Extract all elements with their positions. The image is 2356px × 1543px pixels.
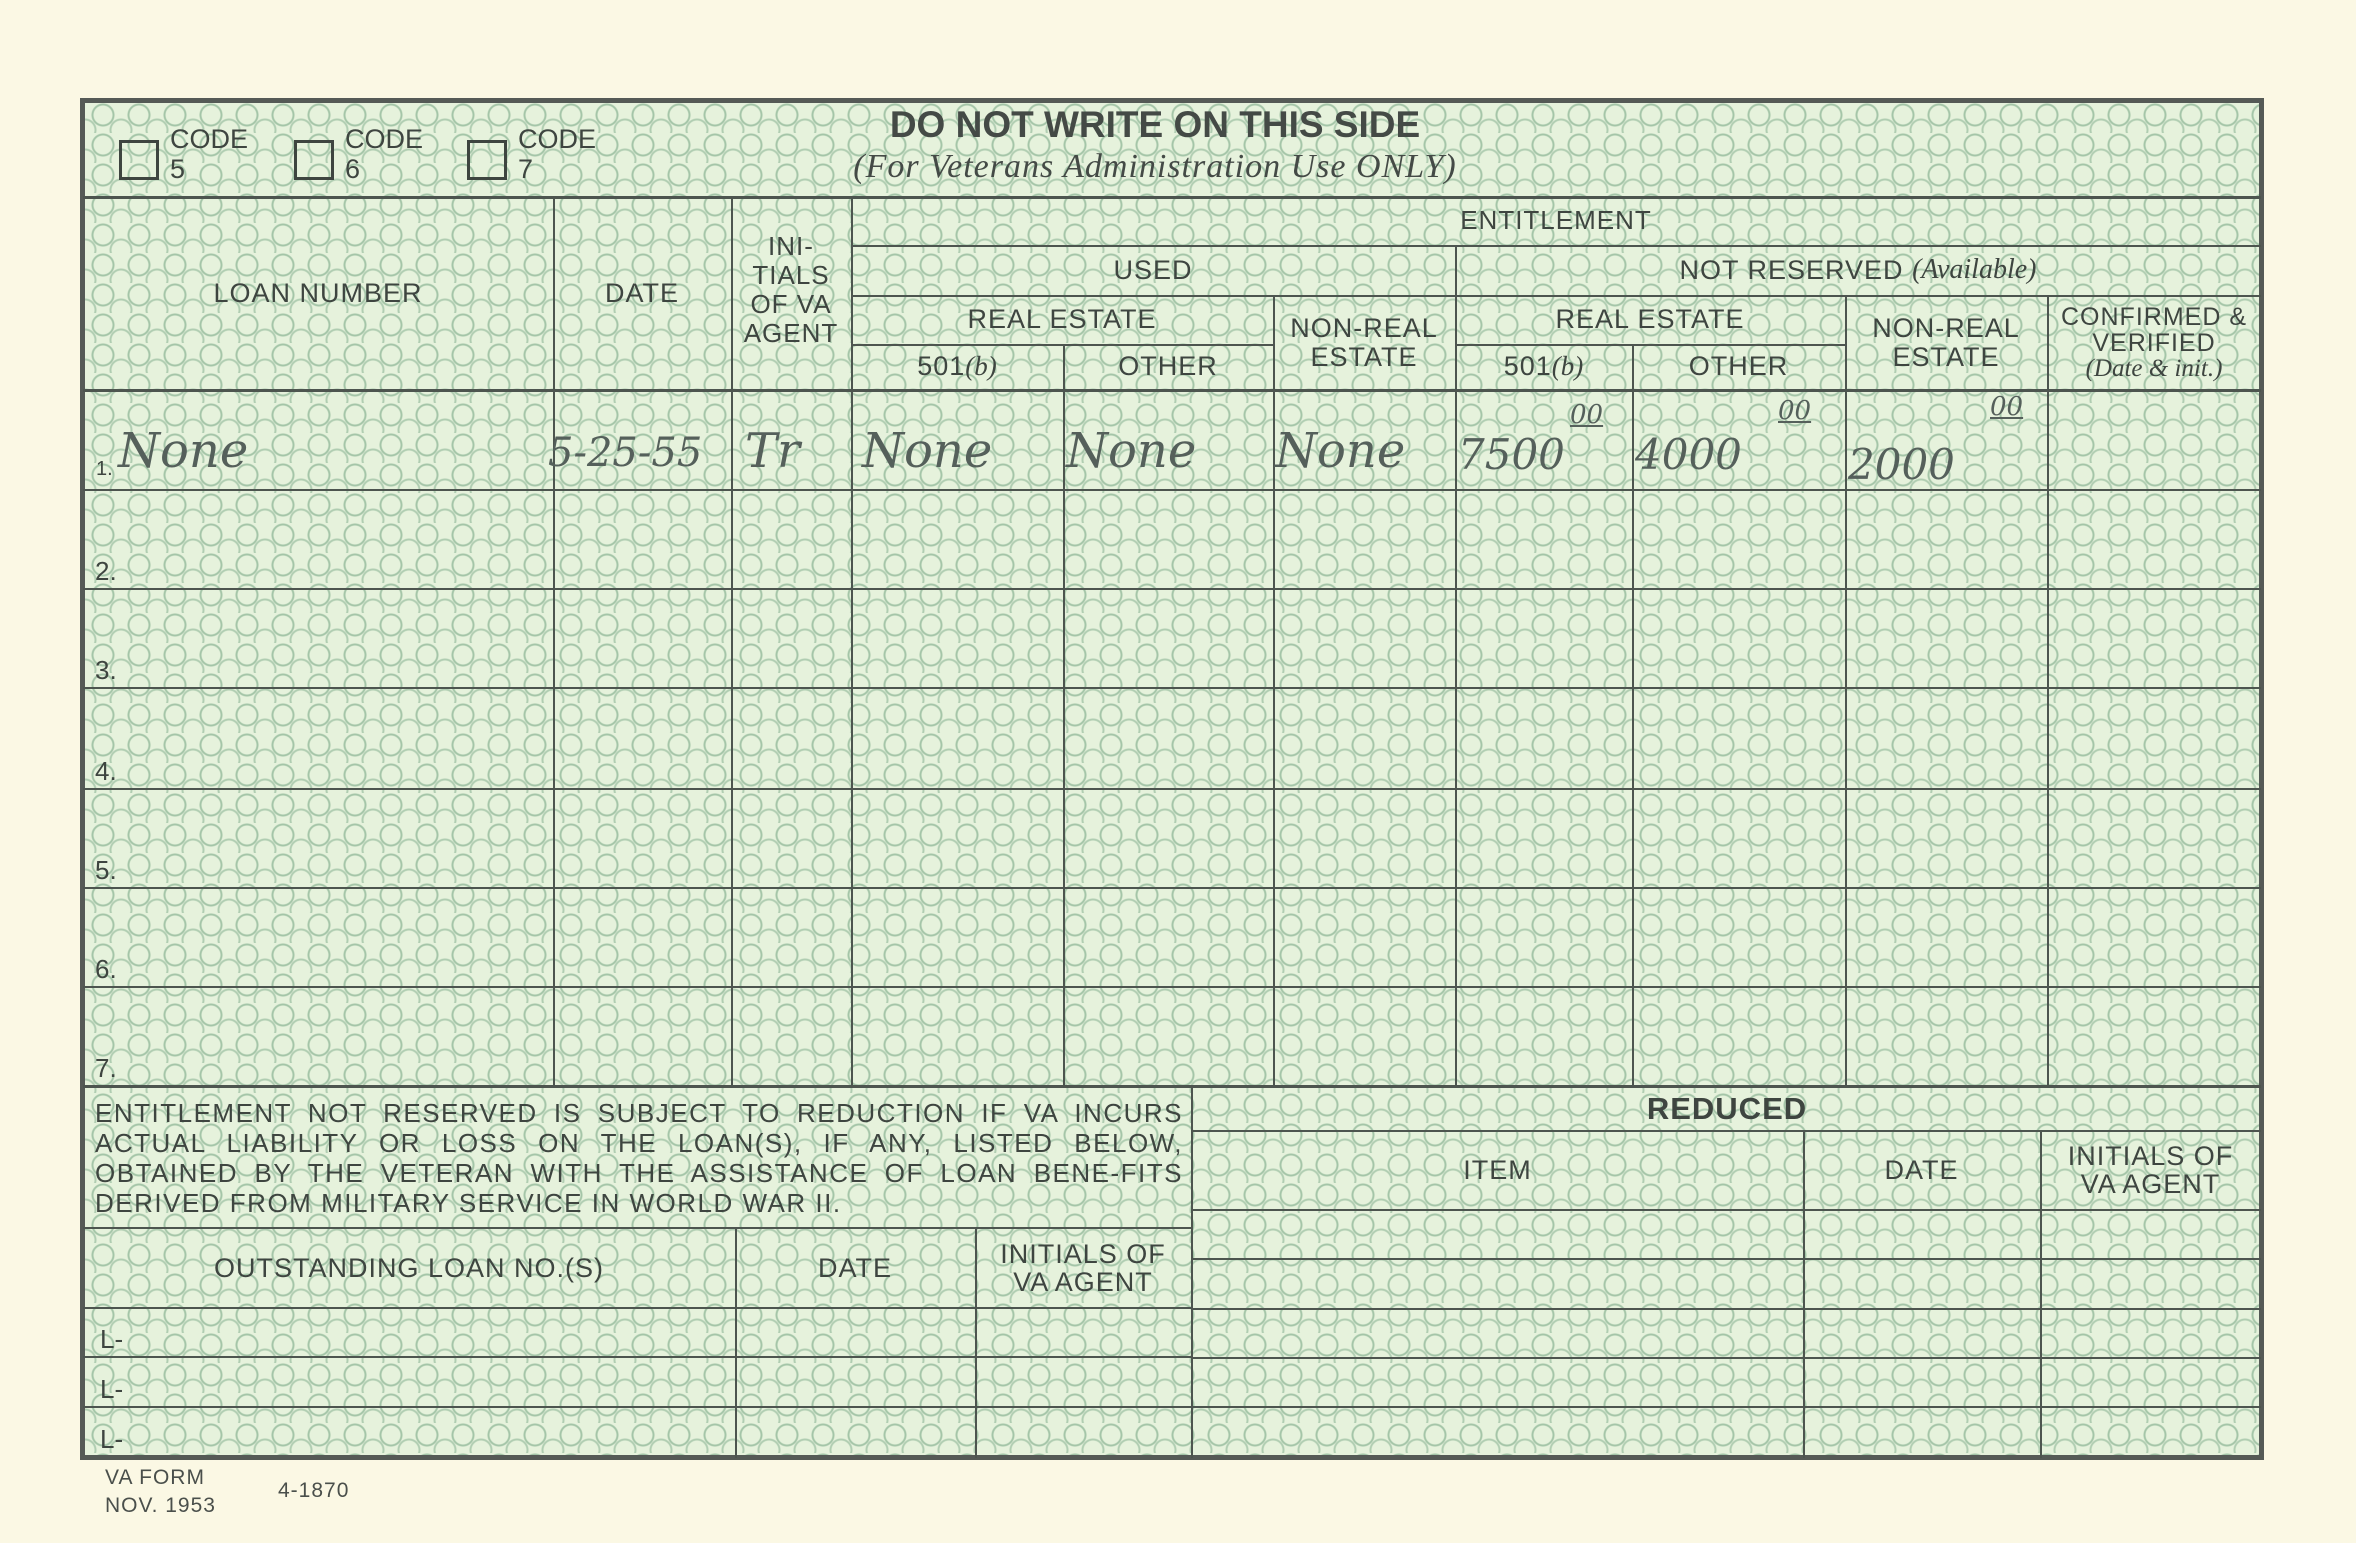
loan-prefix: L-: [100, 1324, 123, 1355]
col-header-used: USED: [851, 245, 1455, 295]
col-header-entitlement: ENTITLEMENT: [851, 197, 2261, 245]
code-7-checkbox[interactable]: [467, 140, 507, 180]
divider: [1632, 344, 1634, 1087]
col-header-outstanding-initials: INITIALS OF VA AGENT: [975, 1228, 1191, 1308]
col-header-used-501b: 501(b): [851, 344, 1063, 389]
row1-initials[interactable]: Tr: [745, 423, 800, 479]
divider: [1845, 295, 1847, 1087]
col-header-used-other: OTHER: [1063, 344, 1273, 389]
col-header-nr-501b: 501(b): [1455, 344, 1632, 389]
col-header-initials: INI- TIALS OF VA AGENT: [731, 210, 851, 370]
col-header-outstanding-date: DATE: [735, 1228, 975, 1308]
row1-loan-number[interactable]: None: [118, 423, 248, 479]
col-header-nr-real-estate: REAL ESTATE: [1455, 295, 1845, 344]
divider: [83, 687, 2261, 689]
divider: [83, 1356, 1191, 1358]
divider: [1063, 344, 1065, 1087]
row-number: 3.: [95, 655, 117, 686]
form-label: VA FORMNOV. 1953: [105, 1464, 216, 1520]
row1-nr-other[interactable]: 4000: [1635, 430, 1742, 479]
col-header-nr-non-real: NON-REAL ESTATE: [1845, 300, 2047, 385]
divider: [83, 389, 2261, 392]
code-5-checkbox[interactable]: [119, 140, 159, 180]
row1-nr-non-real[interactable]: 2000: [1848, 440, 1955, 489]
row-number: 1.: [96, 458, 113, 481]
divider: [83, 489, 2261, 491]
col-header-confirmed: CONFIRMED & VERIFIED (Date & init.): [2047, 297, 2261, 389]
row1-date[interactable]: 5-25-55: [548, 430, 702, 476]
col-header-reduced-item: ITEM: [1192, 1131, 1803, 1209]
col-header-outstanding-loan: OUTSTANDING LOAN NO.(S): [83, 1228, 735, 1308]
divider: [83, 588, 2261, 590]
col-header-date: DATE: [553, 197, 731, 389]
page-subtitle: (For Veterans Administration Use ONLY): [800, 148, 1510, 186]
loan-prefix: L-: [100, 1424, 123, 1455]
divider: [1192, 1308, 2261, 1310]
row1-nr-non-real-cents: 00: [1990, 392, 2023, 422]
divider: [1192, 1258, 2261, 1260]
code-5-label: CODE5: [170, 124, 248, 184]
row-number: 4.: [95, 756, 117, 787]
row-number: 7.: [95, 1053, 117, 1084]
code-6-label: CODE6: [345, 124, 423, 184]
col-header-not-reserved: NOT RESERVED (Available): [1455, 245, 2261, 295]
col-header-used-real-estate: REAL ESTATE: [851, 295, 1273, 344]
row1-used-other[interactable]: None: [1066, 423, 1196, 479]
row1-used-501b[interactable]: None: [862, 423, 992, 479]
row-number: 6.: [95, 954, 117, 985]
col-header-nr-other: OTHER: [1632, 344, 1845, 389]
row-number: 2.: [95, 556, 117, 587]
entitlement-notice: ENTITLEMENT NOT RESERVED IS SUBJECT TO R…: [95, 1098, 1183, 1218]
code-7-label: CODE7: [518, 124, 596, 184]
col-header-reduced-date: DATE: [1803, 1131, 2040, 1209]
divider: [2047, 295, 2049, 1087]
divider: [83, 1307, 1191, 1309]
row-number: 5.: [95, 855, 117, 886]
divider: [1192, 1357, 2261, 1359]
divider: [1192, 1209, 2261, 1211]
loan-prefix: L-: [100, 1374, 123, 1405]
row1-nr-501b-cents: 00: [1570, 400, 1603, 430]
divider: [1273, 295, 1275, 1087]
col-header-loan-number: LOAN NUMBER: [83, 197, 553, 389]
divider: [83, 788, 2261, 790]
page-title: DO NOT WRITE ON THIS SIDE: [800, 104, 1510, 146]
code-6-checkbox[interactable]: [294, 140, 334, 180]
row1-used-non-real[interactable]: None: [1275, 423, 1405, 479]
reduced-title: REDUCED: [1192, 1088, 2262, 1130]
row1-nr-other-cents: 00: [1778, 396, 1811, 426]
divider: [83, 1406, 1191, 1408]
col-header-used-non-real: NON-REAL ESTATE: [1273, 300, 1455, 385]
divider: [83, 887, 2261, 889]
col-header-reduced-initials: INITIALS OF VA AGENT: [2040, 1131, 2261, 1209]
row1-nr-501b[interactable]: 7500: [1458, 430, 1565, 479]
form-number: 4-1870: [278, 1477, 349, 1505]
divider: [1192, 1406, 2261, 1408]
divider: [83, 986, 2261, 988]
